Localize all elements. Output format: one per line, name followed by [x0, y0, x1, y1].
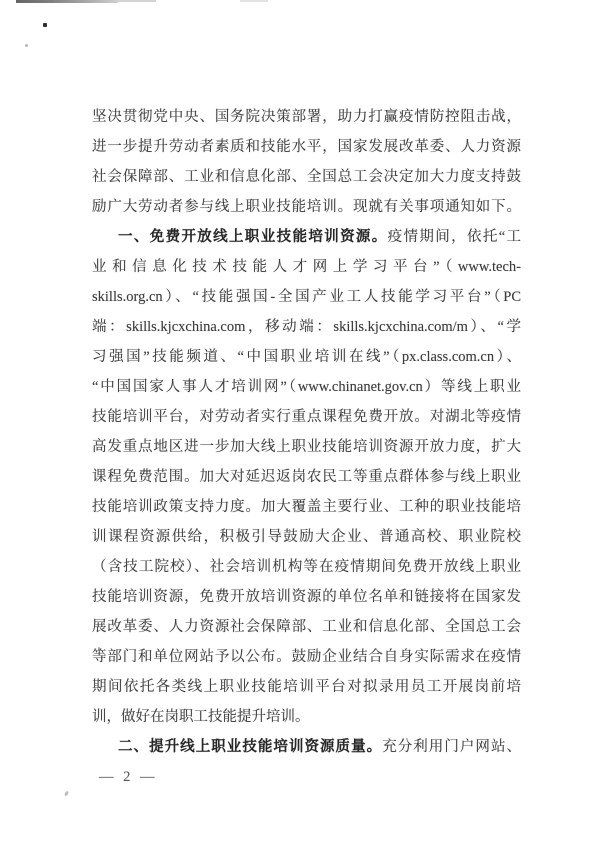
text-line: 技能培训资源，免费开放培训资源的单位名单和链接将在国家发	[92, 582, 521, 612]
scan-artifact-speck	[64, 791, 69, 797]
text-line: 社会保障部、工业和信息化部、全国总工会决定加大力度支持鼓	[92, 162, 521, 192]
text-line: 等部门和单位网站予以公布。鼓励企业结合自身实际需求在疫情	[92, 642, 521, 672]
text-line: 技能培训平台，对劳动者实行重点课程免费开放。对湖北等疫情	[92, 402, 521, 432]
scan-artifact-speck	[25, 44, 28, 47]
scan-artifact-top-smear	[240, 0, 268, 2]
text-line: 课程免费范围。加大对延迟返岗农民工等重点群体参与线上职业	[92, 462, 521, 492]
section-heading: 二、提升线上职业技能培训资源质量。	[118, 739, 382, 755]
text-line: 技能培训政策支持力度。加大覆盖主要行业、工种的职业技能培	[92, 492, 521, 522]
text-line: 训，做好在岗职工技能提升培训。	[92, 702, 521, 732]
line-text: 充分利用门户网站、	[382, 739, 521, 755]
text-line: （含技工院校）、社会培训机构等在疫情期间免费开放线上职业	[92, 552, 521, 582]
line-text: 疫情期间，依托“工	[388, 229, 521, 245]
text-line: 进一步提升劳动者素质和技能水平，国家发展改革委、人力资源	[92, 132, 521, 162]
text-line: 励广大劳动者参与线上职业技能培训。现就有关事项通知如下。	[92, 192, 521, 222]
text-line: 训课程资源供给，积极引导鼓励大企业、普通高校、职业院校	[92, 522, 521, 552]
scan-artifact-speck	[43, 23, 47, 27]
section-heading: 一、免费开放线上职业技能培训资源。	[118, 229, 388, 245]
document-body: 坚决贯彻党中央、国务院决策部署，助力打赢疫情防控阻击战，进一步提升劳动者素质和技…	[92, 102, 521, 762]
scanned-document-page: { "page": { "paper_color": "#ffffff", "i…	[0, 0, 604, 861]
text-line: 一、免费开放线上职业技能培训资源。疫情期间，依托“工	[92, 222, 521, 252]
text-line: 二、提升线上职业技能培训资源质量。充分利用门户网站、	[92, 732, 521, 762]
scan-artifact-top-streak-light	[118, 0, 156, 2]
text-line: 期间依托各类线上职业技能培训平台对拟录用员工开展岗前培	[92, 672, 521, 702]
scan-artifact-top-streak	[16, 0, 118, 3]
text-line: “中国国家人事人才培训网”（www.chinanet.gov.cn）等线上职业	[92, 372, 521, 402]
text-line: 端：skills.kjcxchina.com，移动端：skills.kjcxch…	[92, 312, 521, 342]
text-line: 高发重点地区进一步加大线上职业技能培训资源开放力度，扩大	[92, 432, 521, 462]
text-line: skills.org.cn）、“技能强国-全国产业工人技能学习平台”（PC	[92, 282, 521, 312]
text-line: 展改革委、人力资源社会保障部、工业和信息化部、全国总工会	[92, 612, 521, 642]
text-line: 业和信息化技术技能人才网上学习平台”（www.tech-	[92, 252, 521, 282]
text-line: 坚决贯彻党中央、国务院决策部署，助力打赢疫情防控阻击战，	[92, 102, 521, 132]
text-line: 习强国”技能频道、“中国职业培训在线”（px.class.com.cn）、	[92, 342, 521, 372]
page-number: — 2 —	[99, 766, 158, 788]
